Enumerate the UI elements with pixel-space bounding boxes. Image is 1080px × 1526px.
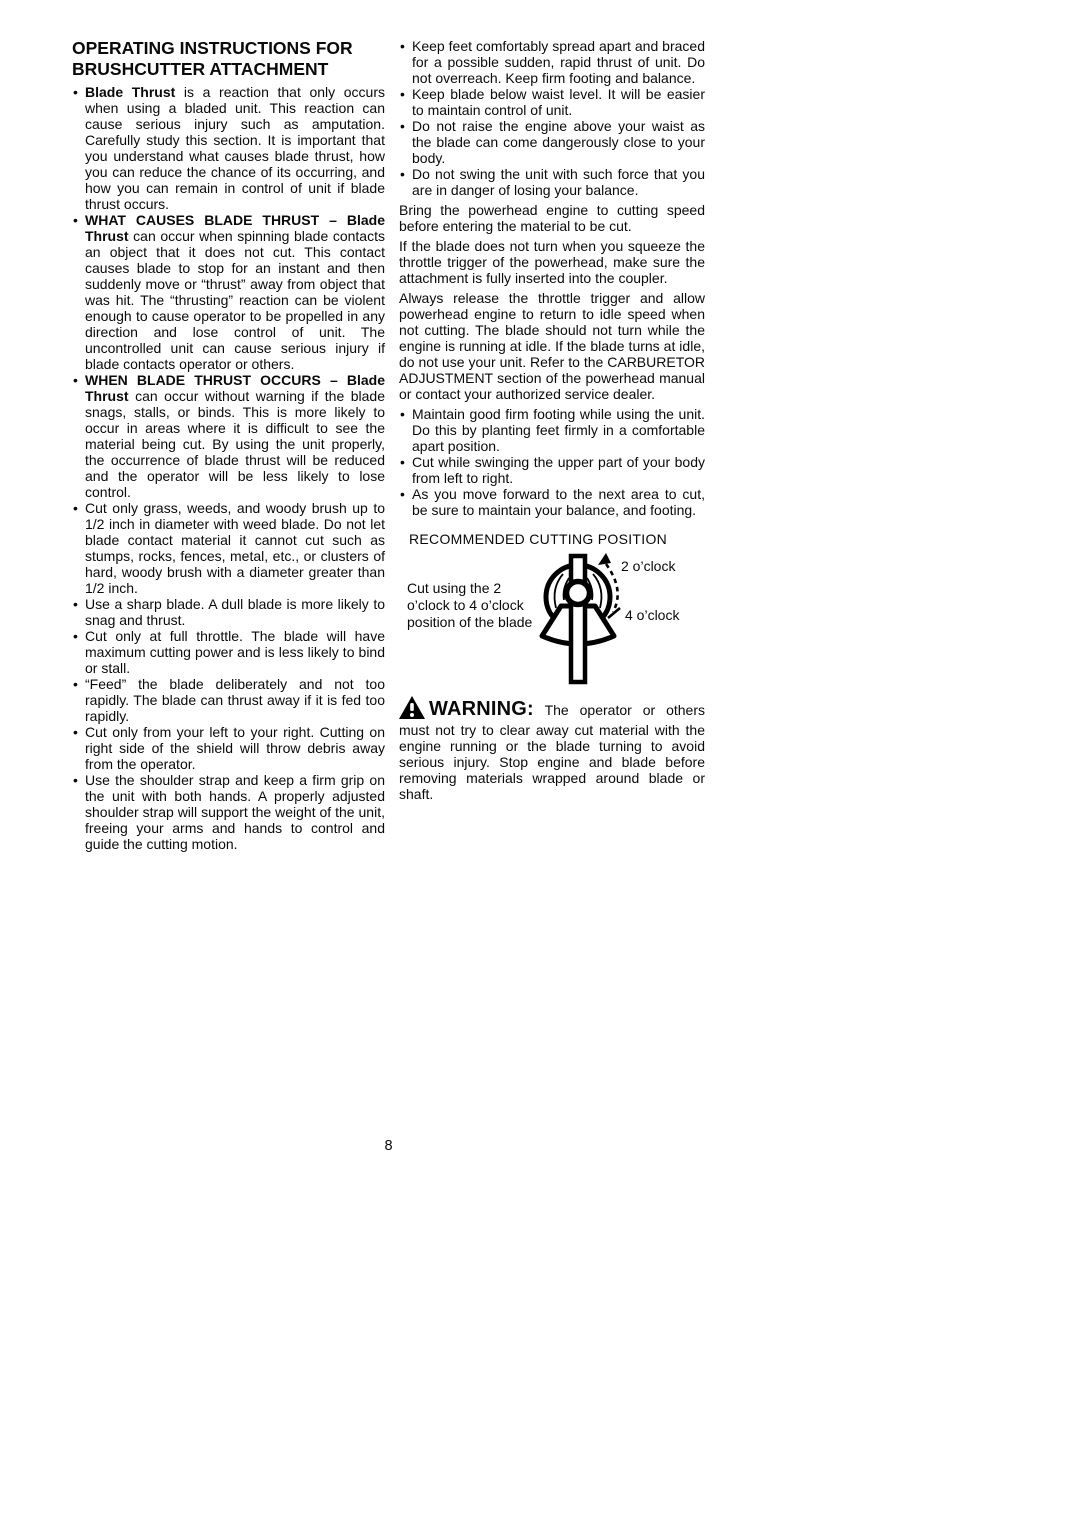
list-item: Blade Thrust is a reaction that only occ… xyxy=(72,84,385,212)
list-item: WHEN BLADE THRUST OCCURS – Blade Thrust … xyxy=(72,372,385,500)
right-column: Keep feet comfortably spread apart and b… xyxy=(399,38,705,802)
bullet-icon xyxy=(400,454,405,470)
bullet-text: Keep feet comfortably spread apart and b… xyxy=(412,38,705,86)
bullet-text: can occur without warning if the blade s… xyxy=(85,388,385,500)
manual-page: OPERATING INSTRUCTIONS FOR BRUSHCUTTER A… xyxy=(0,0,1080,1526)
bullet-text: Cut only from your left to your right. C… xyxy=(85,724,385,772)
page-number: 8 xyxy=(72,1138,705,1154)
bullet-text: can occur when spinning blade contacts a… xyxy=(85,228,385,372)
bullet-icon xyxy=(400,118,405,134)
bullet-lead: Blade Thrust xyxy=(85,84,175,100)
bullet-text: Cut while swinging the upper part of you… xyxy=(412,454,705,486)
bullet-icon xyxy=(400,166,405,182)
bullet-text: Do not swing the unit with such force th… xyxy=(412,166,705,198)
list-item: As you move forward to the next area to … xyxy=(399,486,705,518)
left-column: OPERATING INSTRUCTIONS FOR BRUSHCUTTER A… xyxy=(72,38,385,852)
label-4-oclock: 4 o’clock xyxy=(625,607,679,623)
bullet-icon xyxy=(400,486,405,502)
list-item: Use a sharp blade. A dull blade is more … xyxy=(72,596,385,628)
cutting-position-diagram xyxy=(525,550,629,686)
left-bullet-list: Blade Thrust is a reaction that only occ… xyxy=(72,84,385,852)
warning-block: WARNING: The operator or others must not… xyxy=(399,696,705,802)
bullet-text: “Feed” the blade deliberately and not to… xyxy=(85,676,385,724)
bullet-text: Use the shoulder strap and keep a firm g… xyxy=(85,772,385,852)
bullet-icon xyxy=(73,372,78,388)
paragraph: Always release the throttle trigger and … xyxy=(399,290,705,402)
bullet-icon xyxy=(73,84,78,100)
recommended-cutting-position-section: RECOMMENDED CUTTING POSITION Cut using t… xyxy=(399,531,705,688)
list-item: Cut only grass, weeds, and woody brush u… xyxy=(72,500,385,596)
label-2-oclock: 2 o’clock xyxy=(621,558,675,574)
bullet-icon xyxy=(73,500,78,516)
hub-circle xyxy=(567,582,590,605)
warning-icon xyxy=(399,696,425,722)
list-item: Keep blade below waist level. It will be… xyxy=(399,86,705,118)
cutting-position-figure: Cut using the 2 o’clock to 4 o’clock pos… xyxy=(399,550,705,688)
list-item: Do not swing the unit with such force th… xyxy=(399,166,705,198)
list-item: Keep feet comfortably spread apart and b… xyxy=(399,38,705,86)
list-item: Maintain good firm footing while using t… xyxy=(399,406,705,454)
list-item: “Feed” the blade deliberately and not to… xyxy=(72,676,385,724)
bullet-icon xyxy=(73,596,78,612)
bullet-text: is a reaction that only occurs when usin… xyxy=(85,84,385,212)
list-item: Cut only at full throttle. The blade wil… xyxy=(72,628,385,676)
paragraph: Bring the powerhead engine to cutting sp… xyxy=(399,202,705,234)
bullet-text: Cut only at full throttle. The blade wil… xyxy=(85,628,385,676)
warning-label: WARNING: xyxy=(429,698,534,720)
right-bullet-list-top: Keep feet comfortably spread apart and b… xyxy=(399,38,705,198)
bullet-icon xyxy=(73,772,78,788)
page-title: OPERATING INSTRUCTIONS FOR BRUSHCUTTER A… xyxy=(72,38,385,80)
bullet-text: Maintain good firm footing while using t… xyxy=(412,406,705,454)
bullet-icon xyxy=(73,212,78,228)
list-item: Cut only from your left to your right. C… xyxy=(72,724,385,772)
bullet-icon xyxy=(73,676,78,692)
bullet-text: Cut only grass, weeds, and woody brush u… xyxy=(85,500,385,596)
bullet-text: Use a sharp blade. A dull blade is more … xyxy=(85,596,385,628)
bullet-icon xyxy=(400,406,405,422)
bullet-text: Do not raise the engine above your waist… xyxy=(412,118,705,166)
bullet-text: As you move forward to the next area to … xyxy=(412,486,705,518)
bullet-icon xyxy=(400,86,405,102)
list-item: WHAT CAUSES BLADE THRUST – Blade Thrust … xyxy=(72,212,385,372)
list-item: Use the shoulder strap and keep a firm g… xyxy=(72,772,385,852)
right-bullet-list-bottom: Maintain good firm footing while using t… xyxy=(399,406,705,518)
list-item: Do not raise the engine above your waist… xyxy=(399,118,705,166)
bullet-icon xyxy=(73,628,78,644)
bullet-icon xyxy=(73,724,78,740)
bullet-icon xyxy=(400,38,405,54)
arrowhead-2oclock xyxy=(598,553,611,565)
paragraph: If the blade does not turn when you sque… xyxy=(399,238,705,286)
bullet-text: Keep blade below waist level. It will be… xyxy=(412,86,705,118)
section-heading: RECOMMENDED CUTTING POSITION xyxy=(399,531,705,548)
list-item: Cut while swinging the upper part of you… xyxy=(399,454,705,486)
shaft xyxy=(571,556,585,682)
